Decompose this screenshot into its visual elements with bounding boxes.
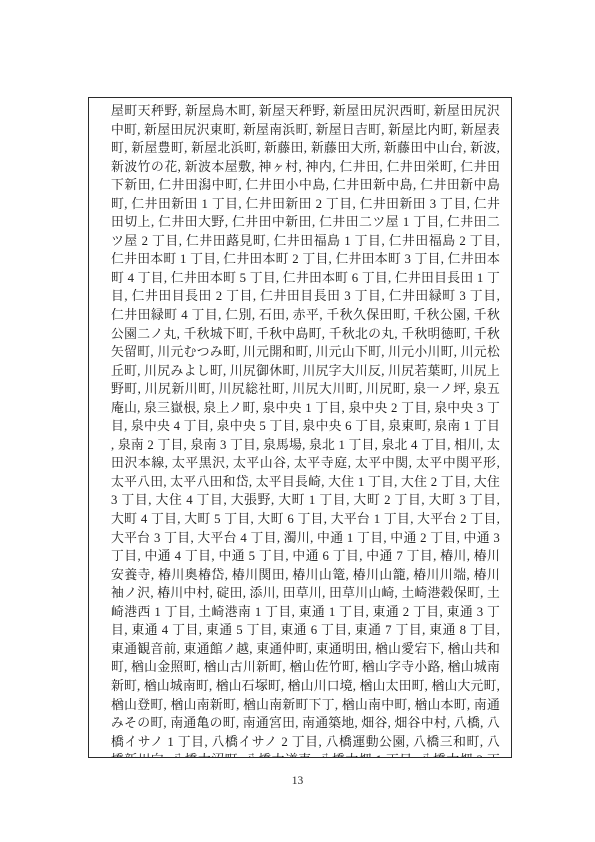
page-number: 13 [0,773,595,789]
document-page: 屋町天秤野, 新屋鳥木町, 新屋天秤野, 新屋田尻沢西町, 新屋田尻沢中町, 新… [0,0,595,842]
place-names-text: 屋町天秤野, 新屋鳥木町, 新屋天秤野, 新屋田尻沢西町, 新屋田尻沢中町, 新… [111,102,500,758]
place-names-table-cell: 屋町天秤野, 新屋鳥木町, 新屋天秤野, 新屋田尻沢西町, 新屋田尻沢中町, 新… [88,97,512,758]
